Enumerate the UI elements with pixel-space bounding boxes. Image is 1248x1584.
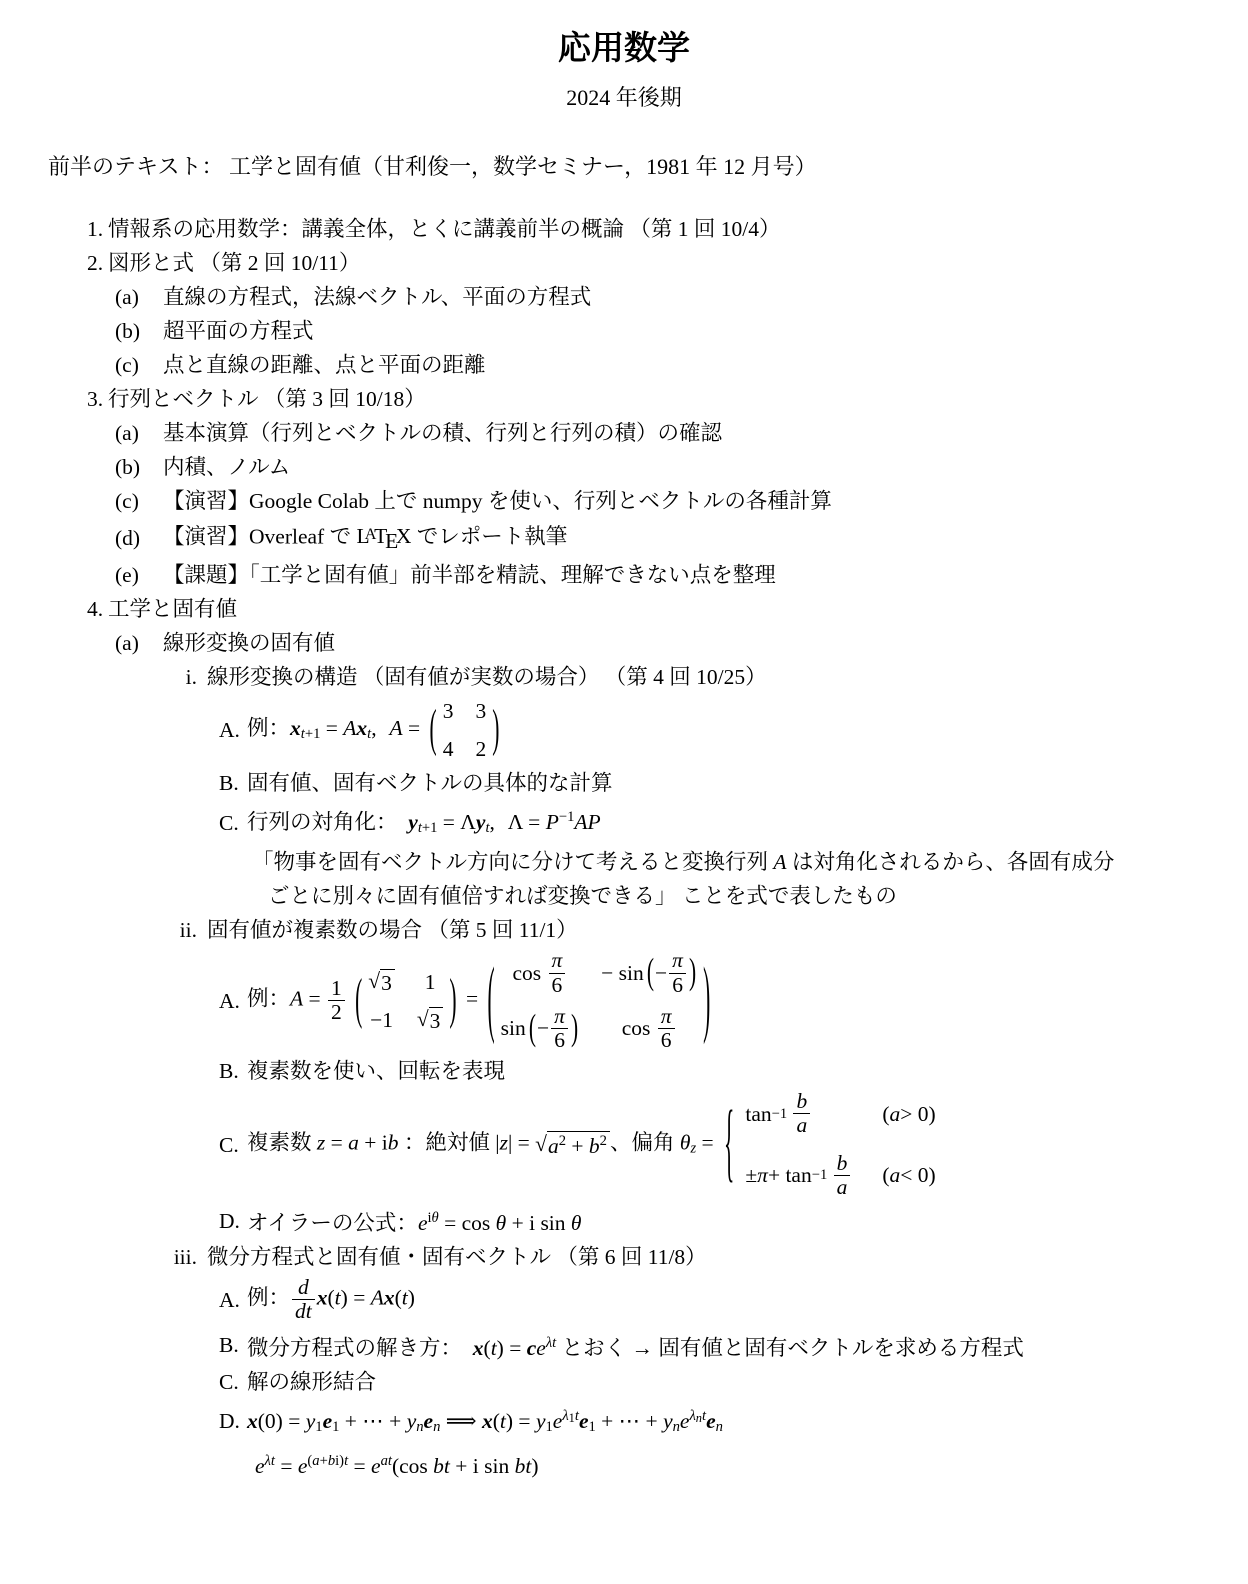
math-var: θ (432, 1210, 439, 1226)
math-roman: ) = (341, 1286, 371, 1310)
math-roman: , (371, 716, 376, 740)
item-label: A. (219, 715, 247, 745)
math-roman: = Λ (437, 810, 475, 834)
item-label: 1. (87, 214, 108, 244)
math-var: π (672, 948, 683, 972)
math-fraction: π6 (669, 949, 686, 996)
math-roman: −1 (370, 1005, 393, 1035)
math-var: z (500, 1131, 508, 1155)
math-subscript: t+1 (418, 820, 438, 836)
math-roman: = (303, 987, 326, 1011)
math-bold-var: x (384, 1286, 395, 1310)
math-var: n (673, 1419, 680, 1435)
math-fraction: ba (793, 1090, 810, 1137)
radicand: a2 + b2 (547, 1131, 610, 1160)
math-bold-var: x (482, 1409, 493, 1433)
math-roman: + tan (768, 1160, 812, 1190)
item-4a-iii-A: A.例：ddtx(t) = Ax(t) (48, 1276, 1200, 1323)
math-sqrt: √3 (368, 967, 395, 997)
item-label: B. (219, 1330, 247, 1360)
math-fraction: π6 (551, 1005, 568, 1052)
math-roman: −1 (772, 1106, 788, 1122)
item-content: 【課題】「工学と固有値」前半部を精読、理解できない点を整理 (163, 560, 776, 590)
math-roman: 1 (315, 1419, 322, 1435)
fraction-denominator: 2 (328, 1000, 345, 1024)
fraction-numerator: π (551, 1005, 568, 1028)
item-content: 例：ddtx(t) = Ax(t) (247, 1276, 415, 1323)
math-subscript: n (716, 1419, 723, 1435)
matrix-cell: −1 (370, 1005, 393, 1035)
math-roman: 4 (443, 734, 454, 764)
fraction-denominator: a (834, 1175, 851, 1199)
item-content: eλt = e(a+bi)t = eat(cos bt + i sin bt) (255, 1446, 538, 1481)
math-roman: sin (501, 1013, 526, 1043)
matrix-body: 3342 (438, 696, 492, 764)
item-content: 線形変換の構造 （固有値が実数の場合） （第 4 回 10/25） (207, 662, 767, 692)
item-3e: (e)【課題】「工学と固有値」前半部を精読、理解できない点を整理 (48, 560, 1200, 590)
item-4a-iii: iii.微分方程式と固有値・固有ベクトル （第 6 回 11/8） (48, 1242, 1200, 1272)
math-bold-var: e (323, 1409, 333, 1433)
item-4: 4.工学と固有値 (48, 594, 1200, 624)
math-roman: = (275, 1454, 298, 1478)
item-4a-i-C: C.行列の対角化：yt+1 = Λyt,Λ = P−1AP (48, 802, 1200, 843)
item-3d: (d)【演習】Overleaf で LATEX でレポート執筆 (48, 520, 1200, 556)
math-roman: 1 (588, 1419, 595, 1435)
item-label: (a) (115, 418, 163, 448)
math-roman: = (461, 987, 484, 1011)
math-var: π (554, 1004, 565, 1028)
fraction-denominator: 6 (658, 1028, 675, 1052)
math-var: a (796, 1113, 807, 1137)
math-var: A (290, 987, 303, 1011)
math-superscript: λt (546, 1335, 556, 1351)
math-roman: ( (328, 1286, 335, 1310)
math-var: a (837, 1175, 848, 1199)
math-roman: = (348, 1454, 371, 1478)
math-roman: 6 (554, 1028, 565, 1052)
item-4a-iii-D-cont: eλt = e(a+bi)t = eat(cos bt + i sin bt) (48, 1446, 1200, 1481)
item-3a: (a)基本演算（行列とベクトルの積、行列と行列の積）の確認 (48, 418, 1200, 448)
math-bold-var: x (473, 1336, 484, 1360)
math-subscript: 1 (315, 1419, 322, 1435)
fraction-numerator: π (658, 1005, 675, 1028)
math-bold-var: x (317, 1286, 328, 1310)
math-roman: cos (512, 958, 541, 988)
fraction-denominator: a (793, 1113, 810, 1137)
item-content: 【演習】Overleaf で LATEX でレポート執筆 (163, 520, 567, 556)
math-subscript: n (416, 1419, 423, 1435)
math-var: a (548, 1134, 559, 1158)
item-4a-ii-C: C.複素数 z = a + ib ：絶対値 |z| = √a2 + b2、偏角 … (48, 1090, 1200, 1199)
cases-cell: (a > 0) (882, 1099, 935, 1129)
page-subtitle: 2024 年後期 (48, 84, 1200, 112)
paren: ) (703, 958, 710, 1044)
math-roman: ( (882, 1160, 889, 1190)
quote-line-1: 「物事を固有ベクトル方向に分けて考えると変換行列 A は対角化されるから、各固有… (48, 847, 1200, 877)
math-matrix: (cosπ6− sin(−π6)sin(−π6)cosπ6) (486, 949, 711, 1052)
item-content: 内積、ノルム (163, 452, 290, 482)
text-run: 例： (247, 987, 290, 1011)
math-roman: + (566, 1134, 589, 1158)
matrix-cell: 3 (443, 696, 454, 726)
paren: ) (492, 704, 499, 756)
math-var: at (381, 1453, 392, 1469)
math-var: z (317, 1131, 325, 1155)
item-label: C. (219, 1130, 247, 1160)
item-2a: (a)直線の方程式，法線ベクトル、平面の方程式 (48, 282, 1200, 312)
paren: ( (487, 958, 494, 1044)
matrix-cell: 4 (443, 734, 454, 764)
item-label: B. (219, 1056, 247, 1086)
item-label: i. (150, 662, 197, 692)
item-content: 点と直線の距離、点と平面の距離 (163, 350, 486, 380)
math-roman: − (655, 958, 667, 988)
paren: ( (647, 955, 654, 992)
fraction-numerator: d (295, 1276, 312, 1299)
math-bold-var: e (424, 1409, 434, 1433)
item-label: (b) (115, 316, 163, 346)
math-var: a (889, 1160, 900, 1190)
item-2: 2.図形と式 （第 2 回 10/11） (48, 248, 1200, 278)
math-roman: > 0) (900, 1099, 935, 1129)
math-fraction: ddt (292, 1276, 315, 1323)
math-roman: 1 (425, 967, 436, 997)
text-run: 、偏角 (610, 1131, 680, 1155)
matrix-cell: √3 (417, 1005, 444, 1035)
math-roman: i) (335, 1453, 344, 1469)
math-var: P (546, 810, 559, 834)
matrix-cell: sin(−π6) (501, 1005, 580, 1052)
math-var: b (589, 1134, 600, 1158)
math-roman: 6 (661, 1028, 672, 1052)
math-var: A (343, 716, 356, 740)
math-superscript: −1 (772, 1099, 788, 1129)
item-4a-ii: ii.固有値が複素数の場合 （第 5 回 11/1） (48, 915, 1200, 945)
item-label: B. (219, 768, 247, 798)
item-label: C. (219, 1367, 247, 1397)
text-run: 例： (247, 1286, 290, 1310)
item-content: 【演習】Google Colab 上で numpy を使い、行列とベクトルの各種… (163, 486, 832, 516)
item-label: (b) (115, 452, 163, 482)
item-4a-ii-A: A.例：A = 12(√31−1√3) = (cosπ6− sin(−π6)si… (48, 949, 1200, 1052)
outline: 1.情報系の応用数学：講義全体，とくに講義前半の概論 （第 1 回 10/4）2… (48, 214, 1200, 1481)
matrix-cell: √3 (368, 967, 395, 997)
fraction-numerator: π (669, 949, 686, 972)
item-content: 複素数を使い、回転を表現 (247, 1056, 505, 1086)
paren: ) (449, 973, 456, 1029)
text-run: 複素数 (247, 1131, 317, 1155)
math-var: n (716, 1419, 723, 1435)
math-var: a (889, 1099, 900, 1129)
item-4a-i-A: A.例：xt+1 = Axt,A = (3342) (48, 696, 1200, 764)
math-subscript: n (673, 1419, 680, 1435)
item-content: 線形変換の固有値 (163, 628, 335, 658)
math-roman: = (320, 716, 343, 740)
radical-icon: √ (417, 1004, 429, 1034)
fraction-denominator: dt (292, 1299, 315, 1323)
item-content: 直線の方程式，法線ベクトル、平面の方程式 (163, 282, 591, 312)
math-superscript: −1 (559, 809, 575, 825)
math-cases: {tan−1ba(a > 0)±π + tan−1ba(a < 0) (723, 1090, 936, 1199)
math-var: π (661, 1004, 672, 1028)
math-roman: 3 (443, 696, 454, 726)
math-roman: − sin (601, 958, 644, 988)
fraction-denominator: 6 (669, 973, 686, 997)
fraction-denominator: 6 (549, 973, 566, 997)
math-roman: , (490, 810, 495, 834)
item-label: A. (219, 986, 247, 1016)
fraction-numerator: π (549, 949, 566, 972)
item-content: 例：xt+1 = Axt,A = (3342) (247, 696, 503, 764)
radical-icon: √ (535, 1129, 547, 1159)
text-run: 例： (247, 716, 290, 740)
paren: { (724, 1101, 734, 1189)
item-content: 固有値が複素数の場合 （第 5 回 11/1） (207, 915, 578, 945)
math-roman: ) = (506, 1409, 536, 1433)
math-roman: | = (508, 1131, 535, 1155)
item-3c: (c)【演習】Google Colab 上で numpy を使い、行列とベクトル… (48, 486, 1200, 516)
item-4a: (a)線形変換の固有値 (48, 628, 1200, 658)
math-roman: + ⋯ + (596, 1409, 663, 1433)
matrix-body: √31−1√3 (363, 967, 448, 1035)
item-label: (a) (115, 628, 163, 658)
fraction-denominator: 6 (551, 1028, 568, 1052)
math-roman: ( (882, 1099, 889, 1129)
math-var: d (298, 1275, 309, 1299)
item-content: 例：A = 12(√31−1√3) = (cosπ6− sin(−π6)sin(… (247, 949, 714, 1052)
math-fraction: 12 (328, 977, 345, 1024)
math-bold-var: y (408, 810, 418, 834)
math-roman: 2 (475, 734, 486, 764)
math-var: y (306, 1409, 316, 1433)
latex-logo: LATEX (356, 524, 411, 548)
math-roman: Λ = (508, 810, 546, 834)
matrix-cell: 2 (475, 734, 486, 764)
math-var: A (389, 716, 402, 740)
math-matrix: (√31−1√3) (354, 967, 457, 1035)
math-fraction: π6 (549, 949, 566, 996)
cases-body: tan−1ba(a > 0)±π + tan−1ba(a < 0) (735, 1090, 935, 1199)
math-var: e (536, 1336, 546, 1360)
math-roman: ) = (497, 1336, 527, 1360)
text-run: は対角化されるから、各固有成分 (787, 850, 1115, 874)
math-roman: ) (531, 1454, 538, 1478)
math-roman: ⟹ (440, 1409, 482, 1433)
fraction-numerator: 1 (328, 977, 345, 1000)
math-var: π (757, 1160, 768, 1190)
math-superscript: 2 (600, 1133, 607, 1149)
math-superscript: 2 (559, 1133, 566, 1149)
math-roman: = (696, 1131, 719, 1155)
math-var: e (553, 1409, 563, 1433)
text-run: ：絶対値 (399, 1131, 496, 1155)
math-var: y (407, 1409, 417, 1433)
math-roman: (cos (392, 1454, 433, 1478)
math-roman: ( (484, 1336, 491, 1360)
latex-letter: X (396, 524, 412, 548)
document-page: 応用数学 2024 年後期 前半のテキスト： 工学と固有値（甘利俊一，数学セミナ… (0, 0, 1248, 1584)
math-bold-var: y (476, 810, 486, 834)
math-var: AP (574, 810, 600, 834)
math-subscript: 1 (588, 1419, 595, 1435)
item-content: 工学と固有値 (108, 594, 237, 624)
page-title: 応用数学 (48, 28, 1200, 68)
math-roman: ( (493, 1409, 500, 1433)
math-fraction: π6 (658, 1005, 675, 1052)
math-var: λt (546, 1335, 556, 1351)
math-var: e (371, 1454, 381, 1478)
math-subscript: 1 (545, 1419, 552, 1435)
matrix-cell: cosπ6 (512, 949, 567, 996)
cases-cell: (a < 0) (882, 1160, 935, 1190)
item-label: D. (219, 1206, 247, 1236)
item-content: 解の線形結合 (247, 1367, 376, 1397)
item-content: 基本演算（行列とベクトルの積、行列と行列の積）の確認 (163, 418, 722, 448)
math-roman: 2 (559, 1133, 566, 1149)
math-roman: 2 (331, 1000, 342, 1024)
math-roman: = cos (439, 1211, 496, 1235)
fraction-numerator: b (834, 1152, 851, 1175)
math-roman: tan (745, 1099, 771, 1129)
item-label: D. (219, 1406, 247, 1436)
math-var: e (255, 1454, 265, 1478)
math-roman: (0) = (258, 1409, 306, 1433)
item-label: (e) (115, 560, 163, 590)
math-var: b (388, 1131, 399, 1155)
radicand: 3 (380, 969, 395, 997)
math-var: A (371, 1286, 384, 1310)
math-roman: 3 (475, 696, 486, 726)
math-roman: + ⋯ + (339, 1409, 406, 1433)
math-roman: ( (395, 1286, 402, 1310)
math-var: π (552, 948, 563, 972)
item-content: 行列の対角化：yt+1 = Λyt,Λ = P−1AP (247, 802, 601, 843)
item-4a-iii-C: C.解の線形結合 (48, 1367, 1200, 1397)
math-roman: + (320, 1453, 328, 1469)
item-content: 行列とベクトル （第 3 回 10/18） (108, 384, 426, 414)
item-content: 情報系の応用数学：講義全体，とくに講義前半の概論 （第 1 回 10/4） (108, 214, 780, 244)
item-content: 図形と式 （第 2 回 10/11） (108, 248, 360, 278)
math-var: dt (295, 1299, 312, 1323)
item-content: 微分方程式と固有値・固有ベクトル （第 6 回 11/8） (207, 1242, 707, 1272)
math-roman: cos (622, 1013, 651, 1043)
math-bold-var: x (290, 716, 301, 740)
math-superscript: λt (265, 1453, 275, 1469)
radicand: 3 (429, 1007, 444, 1035)
item-4a-ii-D: D.オイラーの公式：eiθ = cos θ + i sin θ (48, 1203, 1200, 1238)
math-sqrt: √a2 + b2 (535, 1130, 610, 1160)
math-bold-var: e (706, 1409, 716, 1433)
math-roman: −1 (812, 1167, 828, 1183)
math-var: b (796, 1089, 807, 1113)
math-var: b (837, 1151, 848, 1175)
math-var: y (663, 1409, 673, 1433)
text-run: でレポート執筆 (411, 524, 567, 548)
item-label: (a) (115, 282, 163, 312)
item-4a-i-B: B.固有値、固有ベクトルの具体的な計算 (48, 768, 1200, 798)
item-label: ii. (150, 915, 197, 945)
item-2b: (b)超平面の方程式 (48, 316, 1200, 346)
math-bold-var: x (356, 716, 367, 740)
item-4a-iii-B: B.微分方程式の解き方：x(t) = ceλt とおく → 固有値と固有ベクトル… (48, 1328, 1200, 1363)
item-content: 複素数 z = a + ib ：絶対値 |z| = √a2 + b2、偏角 θz… (247, 1090, 936, 1199)
math-roman: +1 (305, 726, 321, 742)
quote-line-2: ごとに別々に固有値倍すれば変換できる」 ことを式で表したもの (48, 881, 1200, 911)
math-var: a (312, 1453, 319, 1469)
matrix-cell: 1 (425, 967, 436, 997)
item-2c: (c)点と直線の距離、点と平面の距離 (48, 350, 1200, 380)
math-var: bt (433, 1454, 450, 1478)
math-roman: 6 (672, 973, 683, 997)
math-roman: −1 (559, 809, 575, 825)
math-roman: < 0) (900, 1160, 935, 1190)
item-label: 4. (87, 594, 108, 624)
matrix-cell: − sin(−π6) (601, 949, 697, 996)
item-content: 微分方程式の解き方：x(t) = ceλt とおく → 固有値と固有ベクトルを求… (247, 1328, 1024, 1363)
math-var: θ (680, 1131, 691, 1155)
math-matrix: (3342) (429, 696, 501, 764)
math-roman: 3 (430, 1009, 441, 1033)
math-roman: 6 (552, 973, 563, 997)
math-bold-var: x (247, 1409, 258, 1433)
math-superscript: (a+bi)t (307, 1453, 348, 1469)
matrix-cell: 3 (475, 696, 486, 726)
math-var: θ (571, 1211, 582, 1235)
math-roman: = (403, 716, 426, 740)
item-label: 3. (87, 384, 108, 414)
math-superscript: iθ (427, 1210, 438, 1226)
item-content: x(0) = y1e1 + ⋯ + ynen ⟹ x(t) = y1eλ1te1… (247, 1401, 723, 1442)
cases-cell: tan−1ba (745, 1090, 812, 1137)
text-run: 「物事を固有ベクトル方向に分けて考えると変換行列 (252, 850, 773, 874)
item-content: ごとに別々に固有値倍すれば変換できる」 ことを式で表したもの (268, 881, 897, 911)
item-content: 「物事を固有ベクトル方向に分けて考えると変換行列 A は対角化されるから、各固有… (252, 847, 1114, 877)
item-label: iii. (150, 1242, 197, 1272)
math-roman: = (325, 1131, 348, 1155)
math-bold-var: c (527, 1336, 537, 1360)
paren: ( (355, 973, 362, 1029)
math-roman: 1 (545, 1419, 552, 1435)
item-3: 3.行列とベクトル （第 3 回 10/18） (48, 384, 1200, 414)
item-label: 2. (87, 248, 108, 278)
radical-icon: √ (368, 966, 380, 996)
text-run: 微分方程式の解き方： (247, 1336, 462, 1360)
math-subscript: t+1 (301, 726, 321, 742)
matrix-cell: cosπ6 (622, 1005, 677, 1052)
math-superscript: λ1t (562, 1408, 579, 1424)
text-run: 行列の対角化： (247, 810, 398, 834)
math-var: λt (265, 1453, 275, 1469)
math-roman: − (537, 1013, 549, 1043)
text-run: 【演習】Overleaf で (163, 524, 356, 548)
math-roman: + i (359, 1131, 388, 1155)
item-label: C. (219, 808, 247, 838)
math-fraction: ba (834, 1152, 851, 1199)
item-4a-ii-B: B.複素数を使い、回転を表現 (48, 1056, 1200, 1086)
math-roman: 1 (331, 976, 342, 1000)
math-roman: + i sin (506, 1211, 571, 1235)
item-content: オイラーの公式：eiθ = cos θ + i sin θ (247, 1203, 581, 1238)
math-var: A (773, 850, 786, 874)
text-run: とおく → 固有値と固有ベクトルを求める方程式 (556, 1336, 1024, 1360)
math-roman: 3 (381, 971, 392, 995)
paren: ) (689, 955, 696, 992)
intro-line: 前半のテキスト： 工学と固有値（甘利俊一，数学セミナー，1981 年 12 月号… (48, 152, 1200, 182)
text-run: オイラーの公式： (247, 1211, 418, 1235)
item-label: (c) (115, 350, 163, 380)
matrix-body: cosπ6− sin(−π6)sin(−π6)cosπ6 (496, 949, 703, 1052)
fraction-numerator: b (793, 1090, 810, 1113)
